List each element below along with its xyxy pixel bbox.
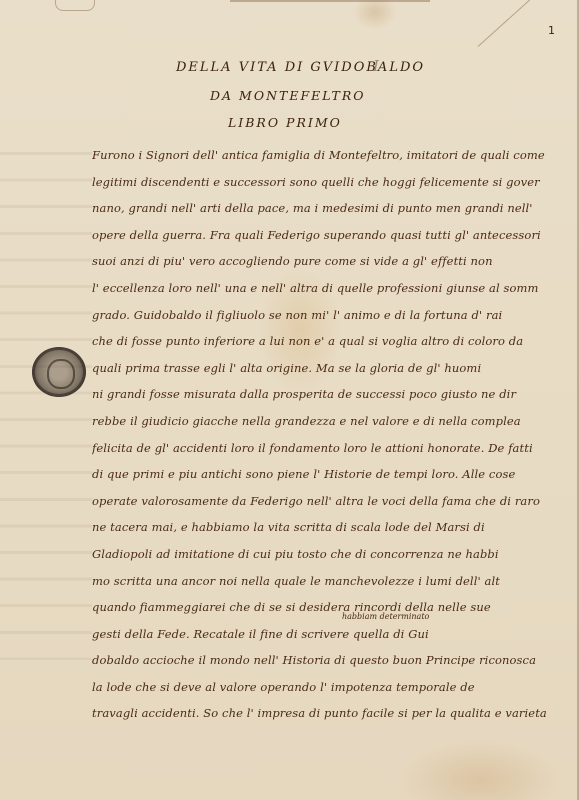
page-top-edge (230, 0, 430, 2)
show-through-text (0, 140, 92, 660)
heading-book-mark: I (373, 57, 381, 75)
text-line: mo scritta una ancor noi nella quale le … (92, 568, 576, 595)
page-tab-mark (55, 0, 95, 11)
text-line: rebbe il giudicio giacche nella grandezz… (92, 408, 576, 435)
text-line: la lode che si deve al valore operando l… (92, 674, 576, 701)
text-line: grado. Guidobaldo il figliuolo se non mi… (92, 302, 576, 329)
manuscript-body: Furono i Signori dell' antica famiglia d… (92, 142, 576, 727)
text-line: suoi anzi di piu' vero accogliendo pure … (92, 248, 576, 275)
text-line: operate valorosamente da Federigo nell' … (92, 488, 576, 515)
text-line: travagli accidenti. So che l' impresa di… (92, 700, 576, 727)
manuscript-page: 1 DELLA VITA DI GVIDOBALDO I DA MONTEFEL… (0, 0, 579, 800)
text-line: quando fiammeggiarei che di se si deside… (92, 594, 576, 621)
text-line: quali prima trasse egli l' alta origine.… (92, 355, 576, 382)
text-line: di que primi e piu antichi sono piene l'… (92, 461, 576, 488)
text-line: felicita de gl' accidenti loro il fondam… (92, 435, 576, 462)
stamp-crest-icon (47, 359, 75, 389)
text-line: dobaldo accioche il mondo nell' Historia… (92, 647, 576, 674)
text-line: ne tacera mai, e habbiamo la vita scritt… (92, 514, 576, 541)
text-line: opere della guerra. Fra quali Federigo s… (92, 222, 576, 249)
text-line: Furono i Signori dell' antica famiglia d… (92, 142, 576, 169)
text-line: gesti della Fede. Recatale il fine di sc… (92, 621, 576, 648)
interlinear-correction: habbiam determinato (342, 612, 429, 621)
text-line: l' eccellenza loro nell' una e nell' alt… (92, 275, 576, 302)
heading-line-2: DA MONTEFELTRO (210, 88, 366, 103)
heading-line-3: LIBRO PRIMO (228, 115, 342, 130)
text-line: legitimi discendenti e successori sono q… (92, 169, 576, 196)
text-line: Gladiopoli ad imitatione di cui piu tost… (92, 541, 576, 568)
library-stamp-icon (32, 347, 86, 397)
text-line: nano, grandi nell' arti della pace, ma i… (92, 195, 576, 222)
heading-line-1: DELLA VITA DI GVIDOBALDO (176, 60, 425, 75)
folio-number: 1 (548, 24, 555, 37)
text-line: ni grandi fosse misurata dalla prosperit… (92, 381, 576, 408)
text-line: che di fosse punto inferiore a lui non e… (92, 328, 576, 355)
paper-crease (478, 0, 538, 47)
